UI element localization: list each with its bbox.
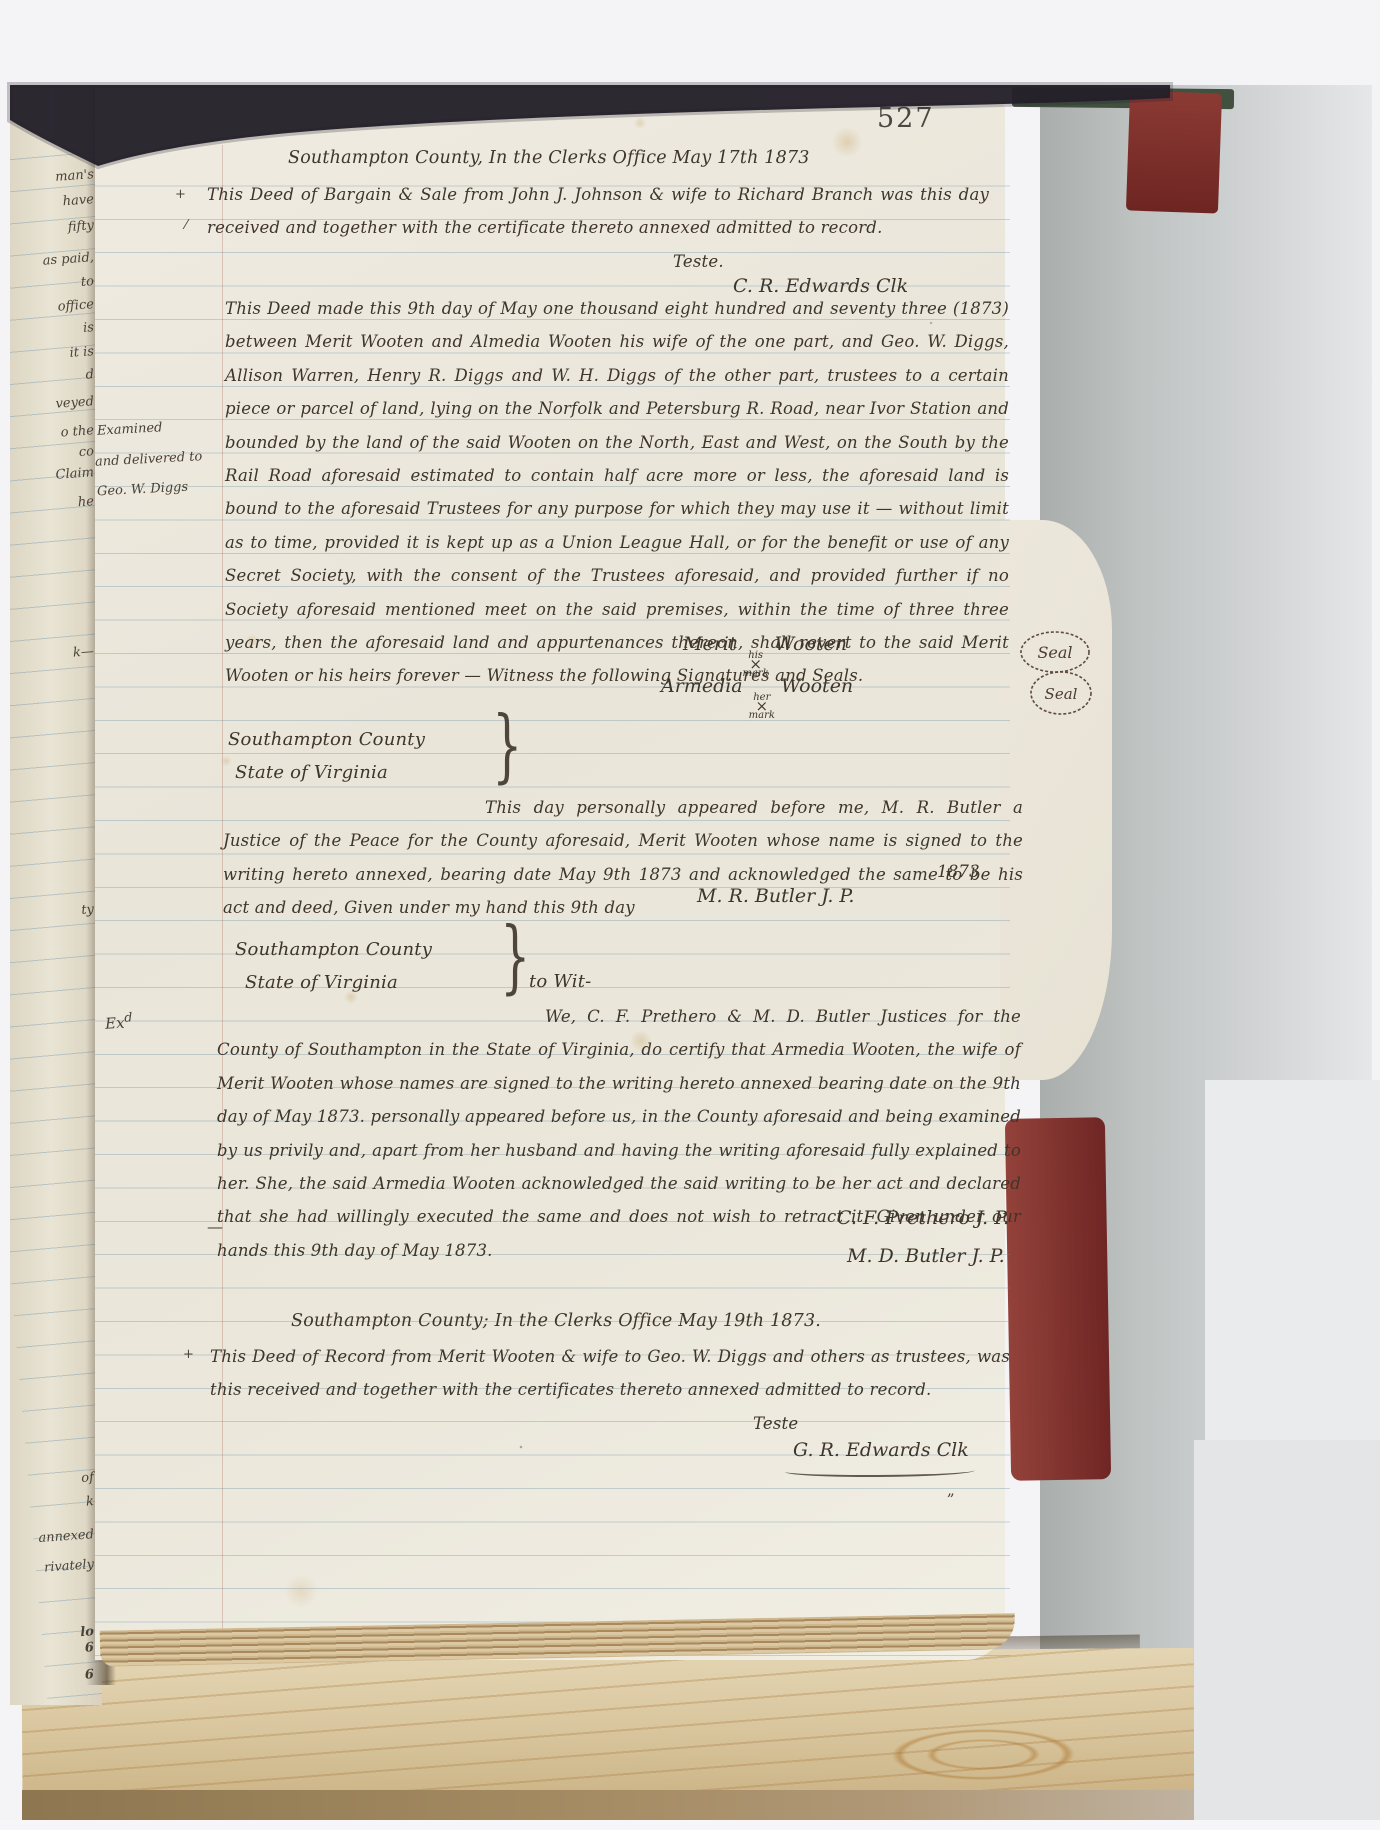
ack2-county: Southampton County bbox=[235, 933, 432, 966]
ditto-mark: „ bbox=[947, 1481, 955, 1499]
wood-table bbox=[22, 1648, 1195, 1802]
clerk-entry-top-body: This Deed of Bargain & Sale from John J.… bbox=[207, 178, 989, 245]
margin-note-line: Geo. W. Diggs bbox=[96, 473, 189, 508]
margin-note-line: Examined bbox=[96, 413, 163, 446]
ack2-signature-2: M. D. Butler J. P. bbox=[847, 1245, 1005, 1267]
ack1-signature: M. R. Butler J. P. bbox=[697, 885, 854, 907]
signer-given-name: Merit bbox=[683, 633, 737, 655]
his-mark: his×mark bbox=[743, 651, 769, 678]
grantor-signature-1: Merithis×markWooten bbox=[683, 633, 847, 678]
seal-label: Seal bbox=[1037, 643, 1072, 662]
margin-dash-mark: — bbox=[207, 1217, 223, 1236]
teste-label: Teste. bbox=[673, 245, 724, 278]
background-bottom-right bbox=[1194, 1440, 1380, 1830]
ack1-brace: } bbox=[492, 705, 522, 785]
clerk-entry-bottom-heading: Southampton County; In the Clerks Office… bbox=[291, 1305, 821, 1338]
margin-slash-mark: ⁄ bbox=[185, 218, 187, 233]
margin-plus-mark: + bbox=[183, 1347, 194, 1362]
her-mark: her×mark bbox=[749, 693, 775, 720]
ack1-body: This day personally appeared before me, … bbox=[223, 791, 1023, 925]
teste-label: Teste bbox=[753, 1407, 798, 1440]
grantor-signature-2: Armediaher×markWooten bbox=[661, 675, 853, 720]
clerk-signature-bottom: G. R. Edwards Clk bbox=[793, 1439, 969, 1461]
wood-table-front-edge bbox=[22, 1790, 1194, 1824]
seal-label: Seal bbox=[1045, 685, 1078, 703]
signer-surname: Wooten bbox=[775, 633, 847, 655]
ack1-county: Southampton County bbox=[228, 723, 425, 756]
photo-bottom-border bbox=[0, 1820, 1380, 1830]
clerk-entry-top-heading: Southampton County, In the Clerks Office… bbox=[288, 142, 810, 175]
deed-book-photo: man's have fifty as paid, to office is i… bbox=[0, 0, 1380, 1830]
examined-margin-mark: Exd bbox=[104, 1002, 133, 1038]
margin-plus-mark: + bbox=[175, 187, 186, 202]
ack2-to-wit: to Wit- bbox=[529, 965, 591, 998]
deed-body: This Deed made this 9th day of May one t… bbox=[225, 292, 1009, 693]
ack1-year: 1873 bbox=[937, 855, 980, 888]
signer-given-name: Armedia bbox=[661, 675, 743, 697]
deed-book-page-527: 527 Southampton County, In the Clerks Of… bbox=[95, 85, 1005, 1660]
page-number: 527 bbox=[877, 103, 935, 134]
seal-scribble-2: Seal bbox=[1027, 668, 1095, 718]
ack1-state: State of Virginia bbox=[235, 756, 388, 789]
ack2-brace: } bbox=[500, 916, 530, 996]
ack2-signature-1: C. F. Prethero J. P. bbox=[837, 1207, 1009, 1229]
signer-surname: Wooten bbox=[781, 675, 853, 697]
ack2-state: State of Virginia bbox=[245, 966, 398, 999]
clerk-entry-bottom-body: This Deed of Record from Merit Wooten & … bbox=[210, 1340, 1010, 1407]
